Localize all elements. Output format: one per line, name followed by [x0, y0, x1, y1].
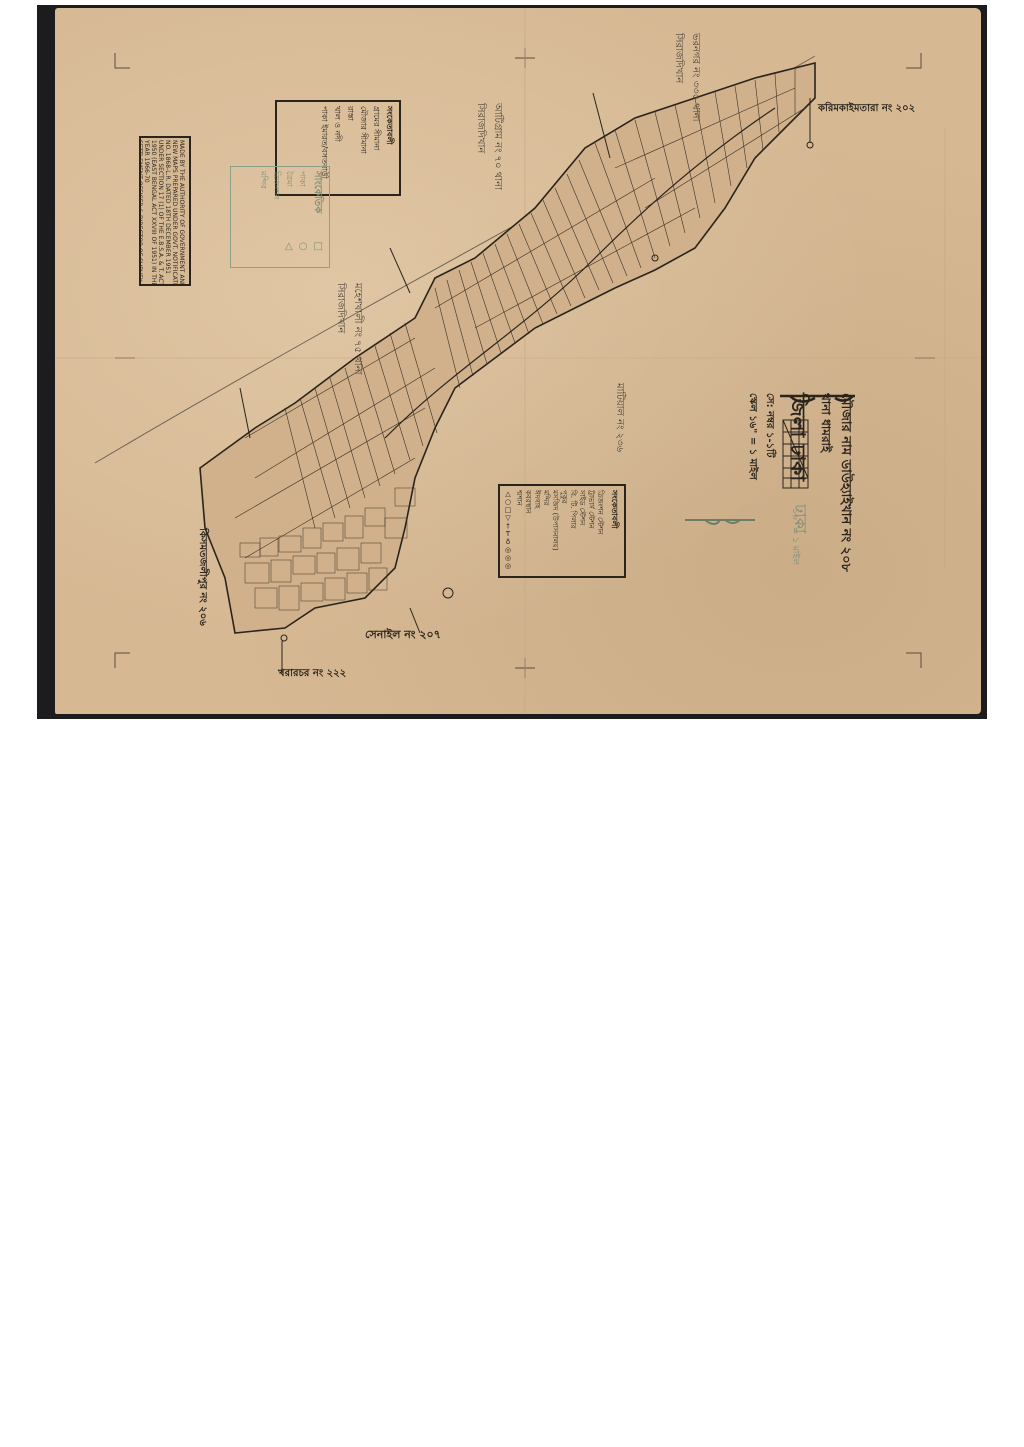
inverted-triangle-icon: ▽ [502, 514, 514, 522]
stamp-line: UNDER SECTION 17 (1) OF THE E.B.S.A. & T… [157, 140, 164, 282]
map-sheet: MADE BY THE AUTHORITY OF GOVERNMENT AND … [55, 8, 981, 714]
square-icon: □ [502, 506, 514, 514]
legend-box-symbols: সংকেতাবলী ত্রিজংশন স্টেশন ট্রাভার্স স্টে… [498, 484, 626, 578]
stamp-line: NO. 1868-L.R. DATED 18TH DECEMBER 1951 [164, 140, 171, 282]
cross-icon: † [502, 522, 514, 530]
legend-row: মসজিদ (উপাসনালয়) [550, 490, 559, 572]
legend-row: মন্দির [541, 490, 550, 572]
legend-row: পুকুর [559, 490, 568, 572]
triangle-icon: △ [285, 241, 299, 252]
legend-symbols: △○□ [285, 241, 329, 252]
legend-row: মন্দির [256, 171, 269, 263]
legend-row: সাইড স্টেশন [577, 490, 586, 572]
temple-icon: ♁ [502, 538, 514, 546]
legend-title: সংকেতাবলী [607, 490, 620, 572]
neighbor-label-top-center: ভরনগর নং ৩৩৫ থানা সিরাজদিখান [669, 33, 703, 123]
legend-box-faded: সাংকেতিক পাকা ত্রৈমা ত্রিজংশন মন্দির △○□ [230, 166, 330, 268]
stamp-line: MADE BY THE AUTHORITY OF GOVERNMENT AND [178, 140, 185, 282]
legend-row: ত্রিজংশন স্টেশন [595, 490, 604, 572]
legend-row: কবরস্থান [523, 490, 532, 572]
target-icon: ◎ [502, 546, 514, 554]
legend-row: বি. টি. পিলার [568, 490, 577, 572]
neighbor-label-top-right: করিমকাইমতারা নং ২০২ [818, 101, 915, 118]
neighbor-label-left-edge: কিসমতজলীপুর নং ২০৬ [193, 528, 210, 626]
legend-row: শ্মশান [514, 490, 523, 572]
sheet-number: সে: নম্বর ১-১টি [760, 393, 777, 572]
legend-row: ত্রিজংশন [269, 171, 282, 263]
legend-row: ট্রাভার্স স্টেশন [586, 490, 595, 572]
thana-name: থানা ধামরাই [814, 393, 834, 572]
authority-stamp: MADE BY THE AUTHORITY OF GOVERNMENT AND … [139, 136, 191, 286]
mosque-icon: Ƭ [502, 530, 514, 538]
target-icon: ◎ [502, 554, 514, 562]
stamp-line: SETTLEMENT OFFICER & DIRECTOR OF SURVEY [139, 140, 143, 282]
legend-row: গ্রামের সীমানা [369, 106, 382, 190]
circle-icon: ○ [502, 498, 514, 506]
circle-icon: ○ [299, 241, 314, 252]
legend-row: খাল ও নদী [330, 106, 343, 190]
target-icon: ◎ [502, 562, 514, 570]
neighbor-label-center: মাটিয়াল নং ২৩৬ [610, 383, 627, 452]
stamp-line: NEW MAPS PREPARED UNDER GOVT. NOTIFICATI… [171, 140, 178, 282]
neighbor-label-bottom-center: সেনাইল নং ২০৭ [365, 626, 441, 645]
map-scan-frame: MADE BY THE AUTHORITY OF GOVERNMENT AND … [37, 5, 987, 719]
legend-symbol-column: △ ○ □ ▽ † Ƭ ♁ ◎ ◎ ◎ [502, 490, 514, 570]
stamp-line: 1950 (EAST BENGAL ACT XXVIII OF 1951) IN… [150, 140, 157, 282]
stamp-line: YEAR 1966-70 [143, 140, 150, 282]
map-scale: স্কেল ১৬" = ১ মাইল [743, 393, 760, 572]
legend-title: সংকেতাবলী [382, 106, 395, 190]
square-icon: □ [313, 241, 328, 252]
legend-row: রাস্তা [343, 106, 356, 190]
mouza-name: মৌজার নাম ডাউহ্যাইখান নং ২০৮ [834, 393, 855, 572]
legend-row: মৌজার সীমানা [356, 106, 369, 190]
triangle-icon: △ [502, 490, 514, 498]
faded-scale-stamp: ১৬" = ১ মাইল [788, 508, 803, 565]
neighbor-label-left-mid: মহেশখালী নং ৭৫ থানা সিরাজদিখান [331, 283, 365, 383]
neighbor-label-bottom-left: খরারচর নং ২২২ [278, 666, 346, 683]
neighbor-label-upper-left: আটিগ্রাম নং ৭০ থানা সিরাজদিখান [471, 103, 505, 203]
legend-row: ঈদগাহ [532, 490, 541, 572]
